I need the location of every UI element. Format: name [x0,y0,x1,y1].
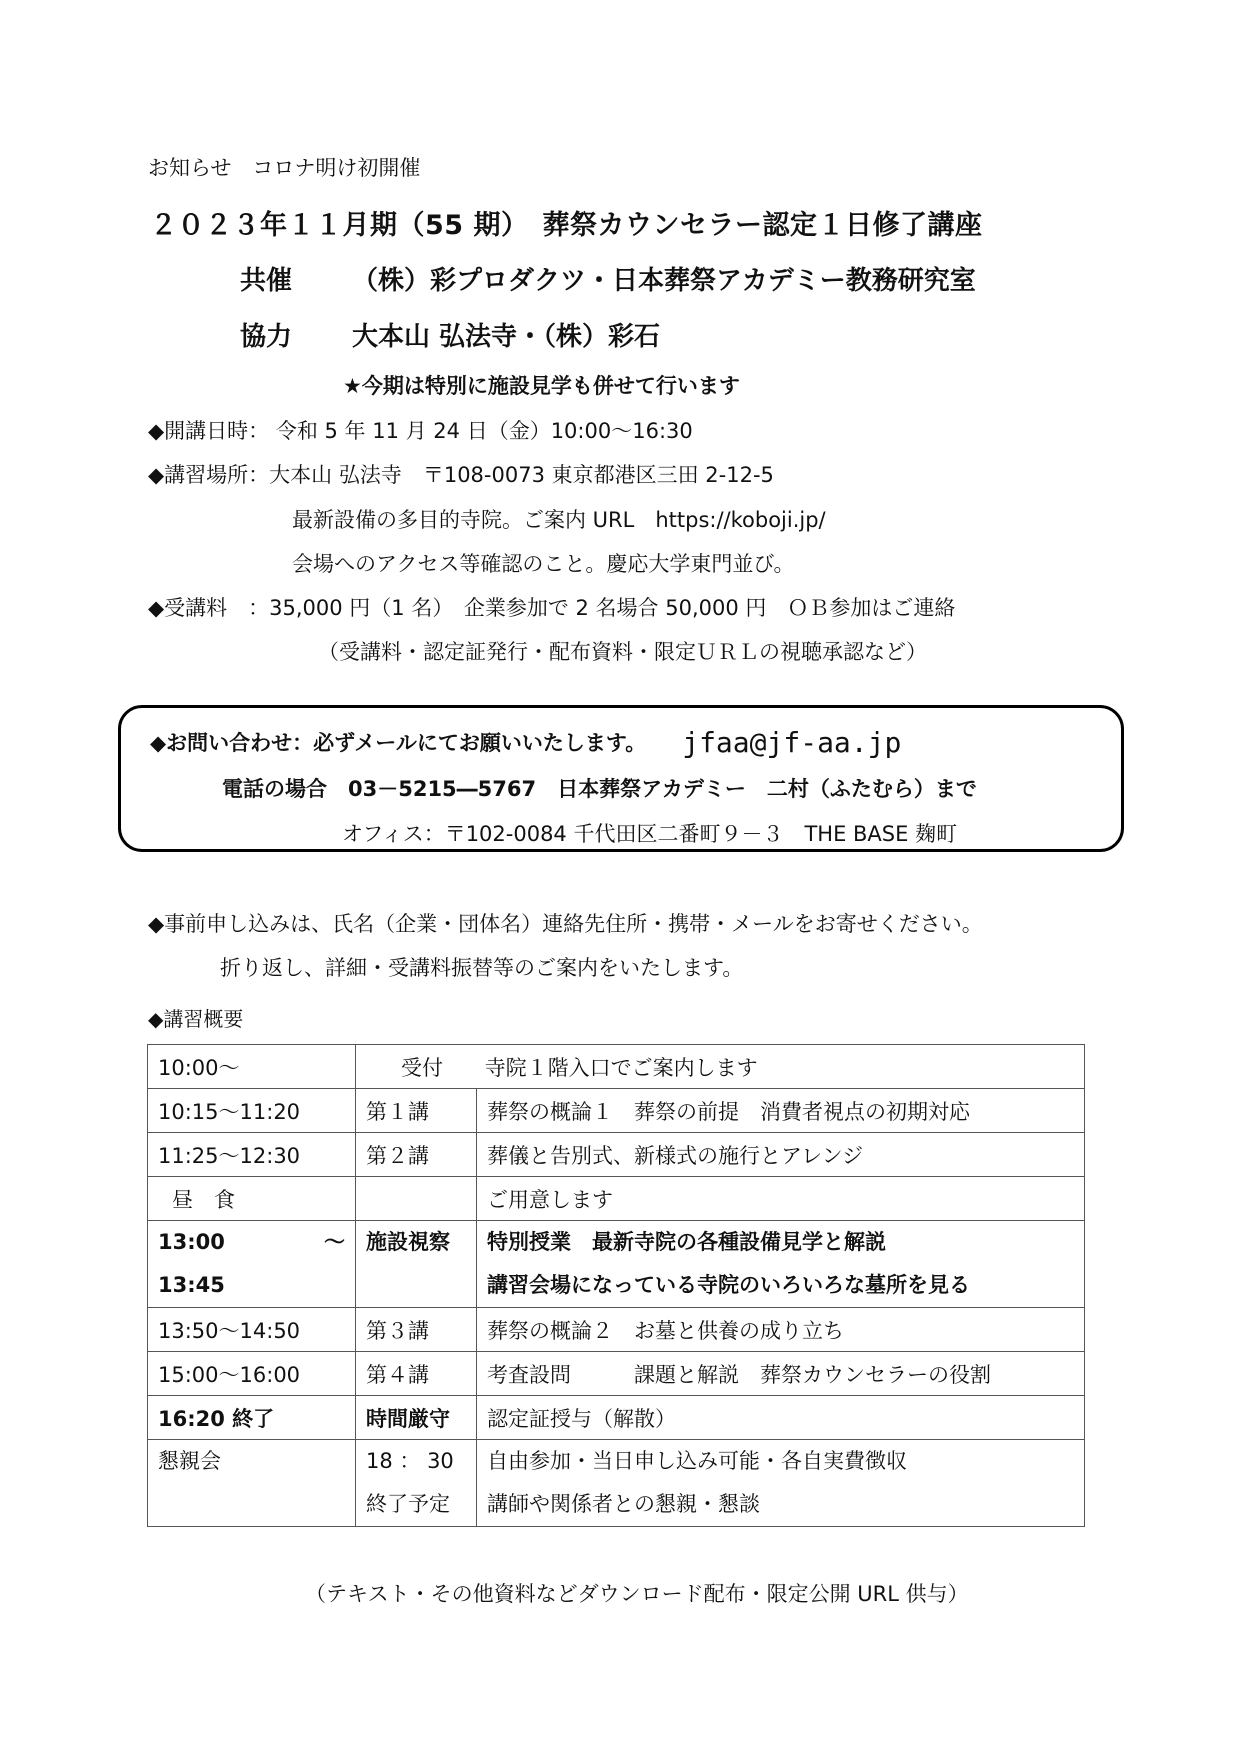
session-cell [356,1177,477,1221]
content-cell: 葬祭の概論１ 葬祭の前提 消費者視点の初期対応 [477,1089,1085,1133]
venue-value: 大本山 弘法寺 〒108-0073 東京都港区三田 2-12-5 [269,463,774,487]
table-row: 13:00 ～ 13:45 施設視察 特別授業 最新寺院の各種設備見学と解説 講… [148,1221,1085,1308]
date-label: ◆開講日時： [148,419,269,443]
content-line-1: 特別授業 最新寺院の各種設備見学と解説 [487,1221,1074,1264]
contact-phone-line: 電話の場合 03－5215―5767 日本葬祭アカデミー 二村（ふたむら）まで [222,773,977,803]
time-cell: 13:00 ～ 13:45 [148,1221,356,1308]
notice-heading: お知らせ コロナ明け初開催 [148,152,420,182]
session-cell: 施設視察 [356,1221,477,1308]
session-line-2: 終了予定 [366,1483,466,1526]
content-line-2: 講習会場になっている寺院のいろいろな墓所を見る [487,1264,1074,1307]
table-row: 13:50～14:50 第３講 葬祭の概論２ お墓と供養の成り立ち [148,1308,1085,1352]
content-cell: 葬祭の概論２ お墓と供養の成り立ち [477,1308,1085,1352]
special-note: ★今期は特別に施設見学も併せて行います [343,370,740,400]
time-cell: 13:50～14:50 [148,1308,356,1352]
time-end: 13:45 [158,1264,345,1307]
session-cell: 第１講 [356,1089,477,1133]
contact-email-line: ◆お問い合わせ：必ずメールにてお願いいたします。jfaa@jf-aa.jp [150,724,901,757]
time-cell: 10:00～ [148,1045,356,1089]
session-cell: 第４講 [356,1352,477,1396]
application-line-1: ◆事前申し込みは、氏名（企業・団体名）連絡先住所・携帯・メールをお寄せください。 [148,908,983,938]
time-start-line: 13:00 ～ [158,1221,345,1264]
time-tilde: ～ [324,1221,345,1264]
content-cell: ご用意します [477,1177,1085,1221]
venue-access-line: 会場へのアクセス等確認のこと。慶応大学東門並び。 [292,548,795,578]
cooperation-line: 協力大本山 弘法寺・（株）彩石 [240,316,660,353]
fee-line: ◆受講料 ：35,000 円（1 名） 企業参加で 2 名場合 50,000 円… [148,592,955,622]
cooperation-value: 大本山 弘法寺・（株）彩石 [352,322,660,352]
application-line-2: 折り返し、詳細・受講料振替等のご案内をいたします。 [220,952,743,982]
content-cell: 自由参加・当日申し込み可能・各自実費徴収 講師や関係者との懇親・懇談 [477,1440,1085,1527]
content-line-2: 講師や関係者との懇親・懇談 [487,1483,1074,1526]
time-cell: 11:25～12:30 [148,1133,356,1177]
table-row: 15:00～16:00 第４講 考査設問 課題と解説 葬祭カウンセラーの役割 [148,1352,1085,1396]
fee-includes-line: （受講料・認定証発行・配布資料・限定ＵＲＬの視聴承認など） [318,636,927,666]
cooperation-label: 協力 [240,316,352,353]
table-row: 懇親会 18 ： 30 終了予定 自由参加・当日申し込み可能・各自実費徴収 講師… [148,1440,1085,1527]
session-cell: 時間厳守 [356,1396,477,1440]
fee-value: 35,000 円（1 名） 企業参加で 2 名場合 50,000 円 ＯＢ参加は… [269,596,955,620]
session-label: 受付 [366,1052,478,1082]
content-cell: 葬儀と告別式、新様式の施行とアレンジ [477,1133,1085,1177]
schedule-table: 10:00～ 受付 寺院１階入口でご案内します 10:15～11:20 第１講 … [147,1044,1085,1527]
content-cell: 認定証授与（解散） [477,1396,1085,1440]
venue-line: ◆講習場所：大本山 弘法寺 〒108-0073 東京都港区三田 2-12-5 [148,459,774,489]
venue-label: ◆講習場所： [148,463,269,487]
content-cell: 受付 寺院１階入口でご案内します [356,1045,1085,1089]
time-cell: 15:00～16:00 [148,1352,356,1396]
time-cell: 10:15～11:20 [148,1089,356,1133]
content-text: 寺院１階入口でご案内します [485,1056,758,1080]
venue-url-line: 最新設備の多目的寺院。ご案内 URL https://koboji.jp/ [292,504,826,534]
table-row: 10:00～ 受付 寺院１階入口でご案内します [148,1045,1085,1089]
date-value: 令和 5 年 11 月 24 日（金）10:00～16:30 [276,419,693,443]
contact-office-line: オフィス：〒102-0084 千代田区二番町９－３ THE BASE 麹町 [342,818,957,848]
session-cell: 18 ： 30 終了予定 [356,1440,477,1527]
time-cell: 16:20 終了 [148,1396,356,1440]
date-line: ◆開講日時： 令和 5 年 11 月 24 日（金）10:00～16:30 [148,415,693,445]
overview-heading: ◆講習概要 [148,1003,243,1032]
table-row: 11:25～12:30 第２講 葬儀と告別式、新様式の施行とアレンジ [148,1133,1085,1177]
footnote: （テキスト・その他資料などダウンロード配布・限定公開 URL 供与） [305,1578,969,1608]
content-line-1: 自由参加・当日申し込み可能・各自実費徴収 [487,1440,1074,1483]
page-title: ２０２３年１１月期（55 期） 葬祭カウンセラー認定１日修了講座 [150,203,982,242]
session-cell: 第２講 [356,1133,477,1177]
cohost-value: （株）彩プロダクツ・日本葬祭アカデミー教務研究室 [352,266,976,296]
fee-label: ◆受講料 ： [148,596,269,620]
session-cell: 第３講 [356,1308,477,1352]
content-cell: 考査設問 課題と解説 葬祭カウンセラーの役割 [477,1352,1085,1396]
session-line-1: 18 ： 30 [366,1440,466,1483]
content-cell: 特別授業 最新寺院の各種設備見学と解説 講習会場になっている寺院のいろいろな墓所… [477,1221,1085,1308]
contact-email[interactable]: jfaa@jf-aa.jp [682,726,901,759]
time-cell: 昼 食 [148,1177,356,1221]
table-row: 16:20 終了 時間厳守 認定証授与（解散） [148,1396,1085,1440]
cohost-label: 共催 [240,260,352,297]
table-row: 10:15～11:20 第１講 葬祭の概論１ 葬祭の前提 消費者視点の初期対応 [148,1089,1085,1133]
table-row: 昼 食 ご用意します [148,1177,1085,1221]
cohost-line: 共催（株）彩プロダクツ・日本葬祭アカデミー教務研究室 [240,260,976,297]
contact-instruction: ◆お問い合わせ：必ずメールにてお願いいたします。 [150,731,646,755]
time-start: 13:00 [158,1221,225,1264]
time-cell: 懇親会 [148,1440,356,1527]
